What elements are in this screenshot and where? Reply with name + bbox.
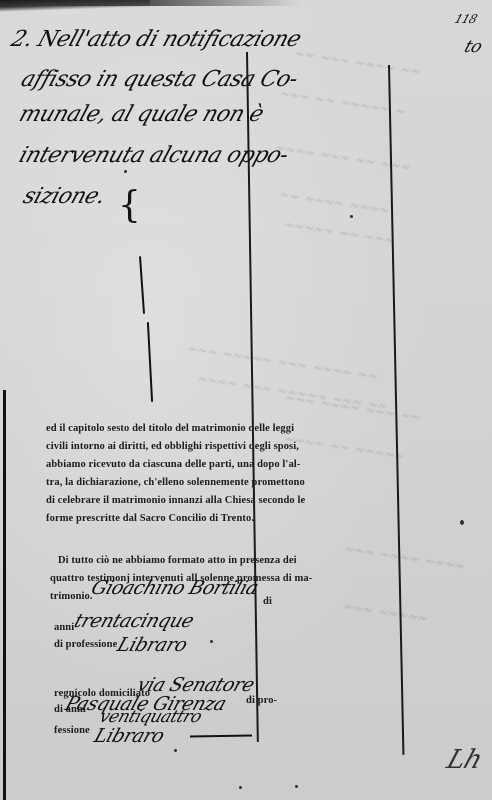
scan-speck — [295, 785, 298, 788]
printed-line: ed il capitolo sesto del titolo del matr… — [46, 423, 294, 434]
scan-speck — [124, 170, 127, 173]
document-page: ~~ ~~~ ~~~~ ~~ ~~~ ~~ ~~~~~ ~ ~~~~ ~~~ ~… — [0, 0, 492, 800]
label-di: di — [263, 596, 272, 607]
page-left-edge — [3, 390, 6, 800]
printed-line: trimonio. — [50, 591, 93, 602]
printed-line: di celebrare il matrimonio innanzi alla … — [46, 495, 305, 506]
scan-edge-shadow-corner — [0, 0, 150, 12]
label-di-anni: di anni — [54, 704, 86, 715]
witness-1-name: Gioachino Bortilia — [88, 577, 261, 599]
printed-line: civili intorno ai diritti, ed obblighi r… — [46, 441, 299, 452]
scan-speck — [210, 640, 213, 643]
witness-2-age: ventiquattro — [97, 707, 204, 727]
brace-mark: { — [118, 185, 141, 226]
scan-speck — [350, 215, 353, 218]
corner-mark: to — [462, 37, 485, 57]
page-number-mark: 118 — [453, 12, 479, 26]
bleed-through-text: ~~~~~ ~~ ~~~ — [279, 217, 400, 251]
printed-line: abbiamo ricevuto da ciascuna delle parti… — [46, 459, 300, 470]
printed-line: Di tutto ciò ne abbiamo formato atto in … — [58, 555, 297, 566]
label-professione: di professione — [54, 639, 117, 650]
bleed-through-text: ~~~~ ~~~ ~~ ~~~ — [270, 140, 416, 178]
handwritten-line: 2. Nell'atto di notificazione — [8, 27, 304, 52]
closing-stroke — [190, 734, 252, 737]
scan-speck — [239, 786, 242, 789]
bottom-right-mark: Lh — [443, 745, 486, 775]
witness-1-profession: Libraro — [114, 634, 189, 656]
pen-stroke-line — [139, 256, 145, 314]
printed-line: forme prescritte dal Sacro Concilio di T… — [46, 513, 254, 524]
handwritten-line: sizione. — [20, 184, 109, 209]
bleed-through-text: ~~ ~~~~ ~~~~ — [274, 187, 395, 221]
scan-speck — [174, 749, 177, 752]
witness-1-age: trentacinque — [71, 610, 196, 632]
bleed-through-text: ~~~ ~~~~~ — [338, 599, 433, 630]
label-fessione: fessione — [54, 725, 90, 736]
handwritten-line: affisso in questa Casa Co- — [18, 67, 301, 92]
label-di-pro: di pro- — [246, 695, 277, 706]
scan-speck — [460, 520, 464, 525]
bleed-through-text: ~~ ~~~ ~~~~ ~~ — [290, 46, 426, 83]
bleed-through-text: ~~~ ~~~~ ~~~~ — [339, 541, 469, 577]
printed-line: tra, la dichiarazione, ch'elleno solenne… — [46, 477, 305, 488]
witness-2-profession: Libraro — [91, 725, 166, 747]
pen-stroke-line — [147, 322, 153, 402]
handwritten-line: intervenuta alcuna oppo- — [16, 143, 291, 168]
handwritten-line: munale, al quale non è — [16, 102, 267, 127]
